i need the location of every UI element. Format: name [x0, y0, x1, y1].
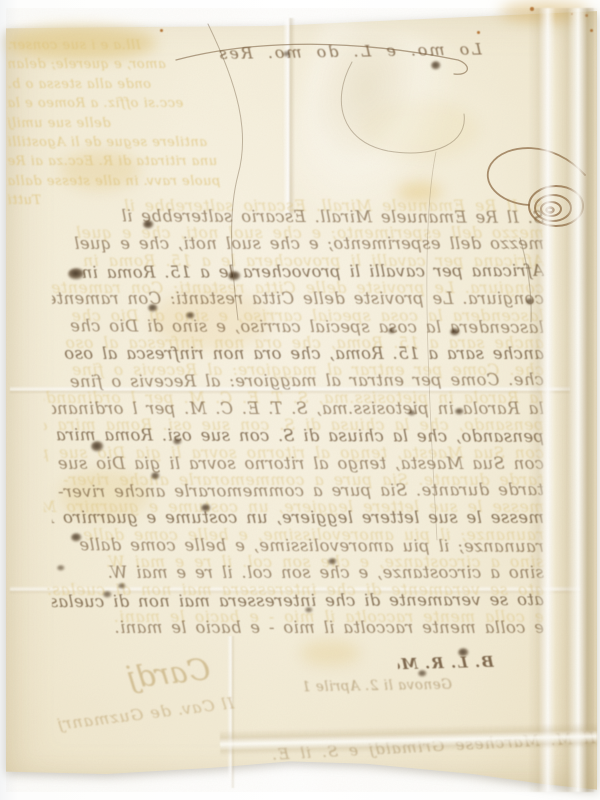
scanned-letter-page: { "scan": { "paper_color": "#f5efdc", "i…: [0, 0, 600, 800]
paper-grain: [6, 8, 597, 792]
